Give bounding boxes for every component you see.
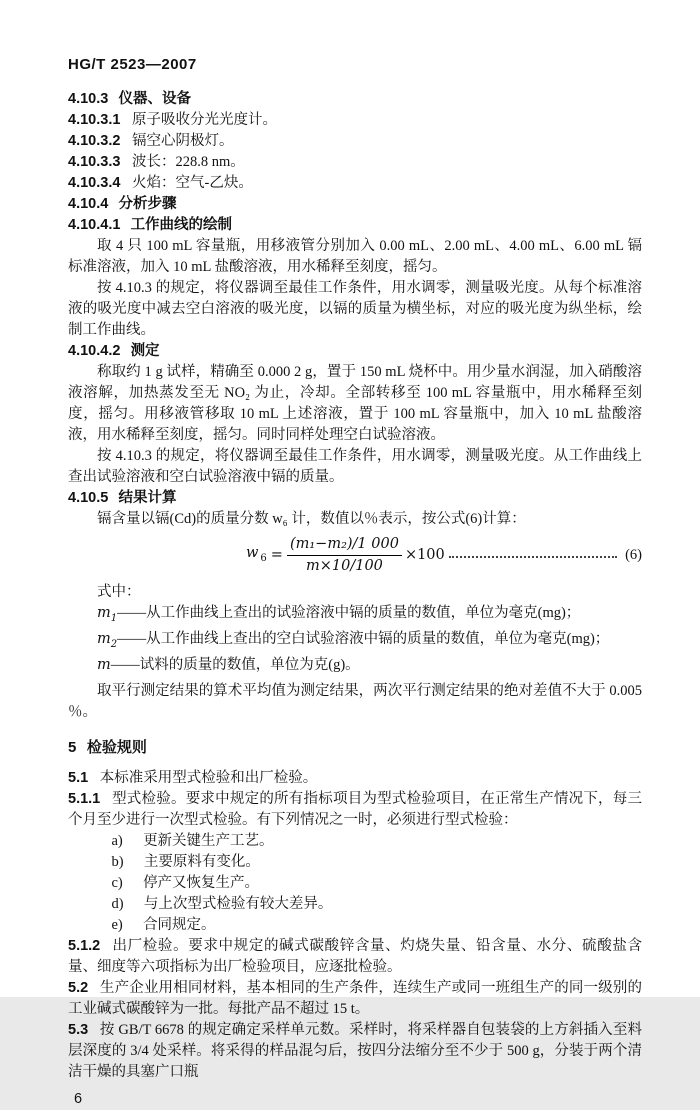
definition-m2: m2——从工作曲线上查出的空白试验溶液中镉的质量的数值，单位为毫克(mg)； <box>68 629 642 655</box>
definition-text: ——从工作曲线上查出的空白试验溶液中镉的质量的数值，单位为毫克(mg)； <box>117 631 609 647</box>
clause-number: 4.10.4 <box>68 196 108 212</box>
list-marker: e) <box>112 917 123 933</box>
clause-4-10-3-4: 4.10.3.4火焰：空气-乙炔。 <box>68 173 642 194</box>
list-text: 更新关键生产工艺。 <box>143 833 274 849</box>
heading-4-10-4-1: 4.10.4.1工作曲线的绘制 <box>68 215 642 236</box>
definition-m: m——试料的质量的数值，单位为克(g)。 <box>68 655 642 681</box>
fraction-denominator: m×10/100 <box>287 556 402 576</box>
clause-text: 本标准采用型式检验和出厂检验。 <box>100 770 318 786</box>
body-paragraph: 称取约 1 g 试样，精确至 0.000 2 g，置于 150 mL 烧杯中。用… <box>68 362 642 446</box>
clause-title: 仪器、设备 <box>118 91 191 107</box>
body-paragraph: 镉含量以镉(Cd)的质量分数 w₆ 计，数值以％表示，按公式(6)计算： <box>68 509 642 530</box>
dotted-leader <box>449 556 617 558</box>
body-paragraph: 按 4.10.3 的规定，将仪器调至最佳工作条件，用水调零，测量吸光度。从每个标… <box>68 278 642 341</box>
clause-number: 4.10.3.3 <box>68 154 120 170</box>
clause-number: 5.2 <box>68 980 88 996</box>
equation-number: (6) <box>625 545 642 566</box>
clause-number: 4.10.4.2 <box>68 343 120 359</box>
standard-number-header: HG/T 2523—2007 <box>68 54 642 75</box>
body-paragraph: 取平行测定结果的算术平均值为测定结果，两次平行测定结果的绝对差值不大于 0.00… <box>68 681 642 723</box>
definition-text: ——从工作曲线上查出的试验溶液中镉的质量的数值，单位为毫克(mg)； <box>117 605 580 621</box>
fraction: (m₁−m₂)/1 000 m×10/100 <box>287 535 402 576</box>
list-item-d: d)与上次型式检验有较大差异。 <box>68 894 642 915</box>
formula-multiplier: ×100 <box>405 545 445 566</box>
clause-title: 测定 <box>131 343 160 359</box>
list-marker: d) <box>112 896 124 912</box>
heading-4-10-3: 4.10.3仪器、设备 <box>68 89 642 110</box>
clause-5-1-2: 5.1.2出厂检验。要求中规定的碱式碳酸锌含量、灼烧失量、铅含量、水分、硫酸盐含… <box>68 936 642 978</box>
body-paragraph: 按 4.10.3 的规定，将仪器调至最佳工作条件，用水调零，测量吸光度。从工作曲… <box>68 446 642 488</box>
clause-text: 型式检验。要求中规定的所有指标项目为型式检验项目，在正常生产情况下，每三个月至少… <box>68 791 642 828</box>
list-item-c: c)停产又恢复生产。 <box>68 873 642 894</box>
list-text: 主要原料有变化。 <box>144 854 260 870</box>
clause-number: 4.10.3.1 <box>68 112 120 128</box>
formula-6: w6 = (m₁−m₂)/1 000 m×10/100 ×100 (6) <box>68 535 642 576</box>
clause-number: 5.1.1 <box>68 791 100 807</box>
clause-number: 5.3 <box>68 1022 88 1038</box>
clause-5-2: 5.2生产企业用相同材料，基本相同的生产条件，连续生产或同一班组生产的同一级别的… <box>68 978 642 1020</box>
formula-lhs-subscript: 6 <box>260 552 266 563</box>
clause-number: 4.10.4.1 <box>68 217 120 233</box>
list-marker: a) <box>112 833 123 849</box>
body-paragraph: 取 4 只 100 mL 容量瓶，用移液管分别加入 0.00 mL、2.00 m… <box>68 236 642 278</box>
equals-sign: = <box>271 545 283 566</box>
list-item-b: b)主要原料有变化。 <box>68 852 642 873</box>
clause-text: 按 GB/T 6678 的规定确定采样单元数。采样时，将采样器自包装袋的上方斜插… <box>68 1022 642 1080</box>
clause-number: 4.10.5 <box>68 490 108 506</box>
clause-number: 5.1 <box>68 770 88 786</box>
clause-number: 5.1.2 <box>68 938 100 954</box>
clause-number: 4.10.3 <box>68 91 108 107</box>
clause-text: 波长：228.8 nm。 <box>132 154 245 170</box>
document-page: HG/T 2523—2007 4.10.3仪器、设备 4.10.3.1原子吸收分… <box>0 0 700 997</box>
where-label: 式中： <box>68 582 642 603</box>
clause-text: 原子吸收分光光度计。 <box>132 112 277 128</box>
clause-title: 结果计算 <box>118 490 176 506</box>
heading-4-10-5: 4.10.5结果计算 <box>68 488 642 509</box>
fraction-numerator: (m₁−m₂)/1 000 <box>287 535 402 556</box>
clause-number: 4.10.3.2 <box>68 133 120 149</box>
clause-text: 出厂检验。要求中规定的碱式碳酸锌含量、灼烧失量、铅含量、水分、硫酸盐含量、细度等… <box>68 938 642 975</box>
list-marker: c) <box>112 875 123 891</box>
heading-4-10-4: 4.10.4分析步骤 <box>68 194 642 215</box>
clause-title: 检验规则 <box>87 739 147 756</box>
page-number: 6 <box>68 1089 642 1110</box>
clause-5-3: 5.3按 GB/T 6678 的规定确定采样单元数。采样时，将采样器自包装袋的上… <box>68 1020 642 1083</box>
clause-text: 镉空心阴极灯。 <box>132 133 234 149</box>
list-item-e: e)合同规定。 <box>68 915 642 936</box>
clause-4-10-3-2: 4.10.3.2镉空心阴极灯。 <box>68 131 642 152</box>
list-marker: b) <box>112 854 124 870</box>
clause-5-1: 5.1本标准采用型式检验和出厂检验。 <box>68 768 642 789</box>
clause-title: 工作曲线的绘制 <box>131 217 233 233</box>
list-text: 停产又恢复生产。 <box>143 875 259 891</box>
clause-title: 分析步骤 <box>118 196 176 212</box>
list-text: 与上次型式检验有较大差异。 <box>144 896 333 912</box>
clause-number: 4.10.3.4 <box>68 175 120 191</box>
clause-text: 火焰：空气-乙炔。 <box>132 175 253 191</box>
clause-4-10-3-3: 4.10.3.3波长：228.8 nm。 <box>68 152 642 173</box>
formula-lhs: w6 <box>246 543 267 569</box>
definition-text: ——试料的质量的数值，单位为克(g)。 <box>111 657 360 673</box>
heading-5: 5检验规则 <box>68 737 642 758</box>
clause-4-10-3-1: 4.10.3.1原子吸收分光光度计。 <box>68 110 642 131</box>
definition-m1: m1——从工作曲线上查出的试验溶液中镉的质量的数值，单位为毫克(mg)； <box>68 603 642 629</box>
heading-4-10-4-2: 4.10.4.2测定 <box>68 341 642 362</box>
list-text: 合同规定。 <box>143 917 216 933</box>
formula-body: w6 = (m₁−m₂)/1 000 m×10/100 ×100 <box>246 535 445 576</box>
clause-5-1-1: 5.1.1型式检验。要求中规定的所有指标项目为型式检验项目，在正常生产情况下，每… <box>68 789 642 831</box>
clause-number: 5 <box>68 739 76 756</box>
clause-text: 生产企业用相同材料，基本相同的生产条件，连续生产或同一班组生产的同一级别的工业碱… <box>68 980 642 1017</box>
list-item-a: a)更新关键生产工艺。 <box>68 831 642 852</box>
